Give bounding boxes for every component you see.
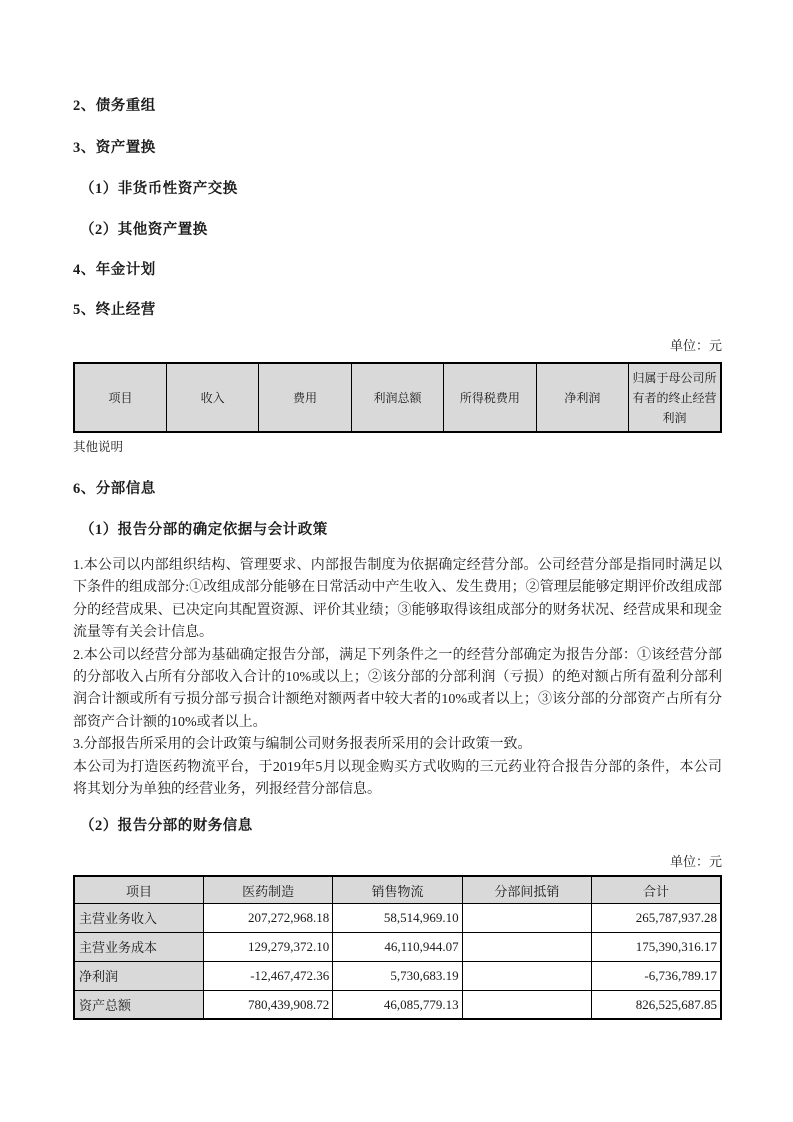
cell-value <box>462 932 591 961</box>
cell-value <box>462 990 591 1019</box>
table-row-main-cost: 主营业务成本 129,279,372.10 46,110,944.07 175,… <box>74 932 721 961</box>
paragraph-segment-definition: 1.本公司以内部组织结构、管理要求、内部报告制度为依据确定经营分部。公司经营分部… <box>73 555 722 645</box>
column-header-parent-discontinued-profit: 归属于母公司所有者的终止经营利润 <box>629 363 721 432</box>
unit-label-discontinued: 单位：元 <box>73 338 722 354</box>
document-page: 2、债务重组 3、资产置换 （1）非货币性资产交换 （2）其他资产置换 4、年金… <box>0 0 793 1122</box>
heading-discontinued-operations: 5、终止经营 <box>73 301 722 319</box>
heading-asset-swap: 3、资产置换 <box>73 139 722 157</box>
table-row-main-revenue: 主营业务收入 207,272,968.18 58,514,969.10 265,… <box>74 903 721 932</box>
column-header-income-tax: 所得税费用 <box>444 363 536 432</box>
row-label: 主营业务成本 <box>74 932 203 961</box>
cell-value <box>462 903 591 932</box>
column-header-item: 项目 <box>74 876 203 903</box>
table-row-total-assets: 资产总额 780,439,908.72 46,085,779.13 826,52… <box>74 990 721 1019</box>
cell-value: 826,525,687.85 <box>592 990 721 1019</box>
page-content: 2、债务重组 3、资产置换 （1）非货币性资产交换 （2）其他资产置换 4、年金… <box>0 97 793 1020</box>
heading-other-asset-swap: （2）其他资产置换 <box>73 221 722 239</box>
heading-debt-restructuring: 2、债务重组 <box>73 97 722 115</box>
table-header-row: 项目 医药制造 销售物流 分部间抵销 合计 <box>74 876 721 903</box>
column-header-item: 项目 <box>74 363 166 432</box>
segment-policy-text: 1.本公司以内部组织结构、管理要求、内部报告制度为依据确定经营分部。公司经营分部… <box>73 555 722 801</box>
cell-value: 175,390,316.17 <box>592 932 721 961</box>
cell-value: 780,439,908.72 <box>203 990 332 1019</box>
cell-value: 5,730,683.19 <box>333 961 462 990</box>
cell-value: 207,272,968.18 <box>203 903 332 932</box>
column-header-sales-logistics: 销售物流 <box>333 876 462 903</box>
paragraph-reporting-segment-criteria: 2.本公司以经营分部为基础确定报告分部，满足下列条件之一的经营分部确定为报告分部… <box>73 645 722 735</box>
discontinued-operations-table: 项目 收入 费用 利润总额 所得税费用 净利润 归属于母公司所有者的终止经营利润 <box>73 362 722 433</box>
cell-value: -12,467,472.36 <box>203 961 332 990</box>
cell-value: 58,514,969.10 <box>333 903 462 932</box>
column-header-pharma-manufacturing: 医药制造 <box>203 876 332 903</box>
cell-value <box>462 961 591 990</box>
cell-value: 129,279,372.10 <box>203 932 332 961</box>
heading-segment-financials: （2）报告分部的财务信息 <box>73 817 722 835</box>
table-header-row: 项目 收入 费用 利润总额 所得税费用 净利润 归属于母公司所有者的终止经营利润 <box>74 363 721 432</box>
row-label: 净利润 <box>74 961 203 990</box>
column-header-expense: 费用 <box>259 363 351 432</box>
heading-nonmonetary-exchange: （1）非货币性资产交换 <box>73 180 722 198</box>
row-label: 资产总额 <box>74 990 203 1019</box>
other-notes-label: 其他说明 <box>73 439 722 455</box>
heading-segment-basis: （1）报告分部的确定依据与会计政策 <box>73 521 722 539</box>
column-header-income: 收入 <box>166 363 258 432</box>
paragraph-accounting-policy: 3.分部报告所采用的会计政策与编制公司财务报表所采用的会计政策一致。 <box>73 734 722 756</box>
paragraph-sanyuan-acquisition: 本公司为打造医药物流平台，于2019年5月以现金购买方式收购的三元药业符合报告分… <box>73 757 722 802</box>
column-header-net-profit: 净利润 <box>536 363 628 432</box>
cell-value: 46,085,779.13 <box>333 990 462 1019</box>
cell-value: 46,110,944.07 <box>333 932 462 961</box>
column-header-total: 合计 <box>592 876 721 903</box>
heading-annuity-plan: 4、年金计划 <box>73 261 722 279</box>
column-header-total-profit: 利润总额 <box>351 363 443 432</box>
cell-value: -6,736,789.17 <box>592 961 721 990</box>
row-label: 主营业务收入 <box>74 903 203 932</box>
unit-label-segment: 单位：元 <box>73 854 722 870</box>
heading-segment-info: 6、分部信息 <box>73 480 722 498</box>
column-header-intersegment-elimination: 分部间抵销 <box>462 876 591 903</box>
table-row-net-profit: 净利润 -12,467,472.36 5,730,683.19 -6,736,7… <box>74 961 721 990</box>
segment-financials-table: 项目 医药制造 销售物流 分部间抵销 合计 主营业务收入 207,272,968… <box>73 875 722 1020</box>
cell-value: 265,787,937.28 <box>592 903 721 932</box>
